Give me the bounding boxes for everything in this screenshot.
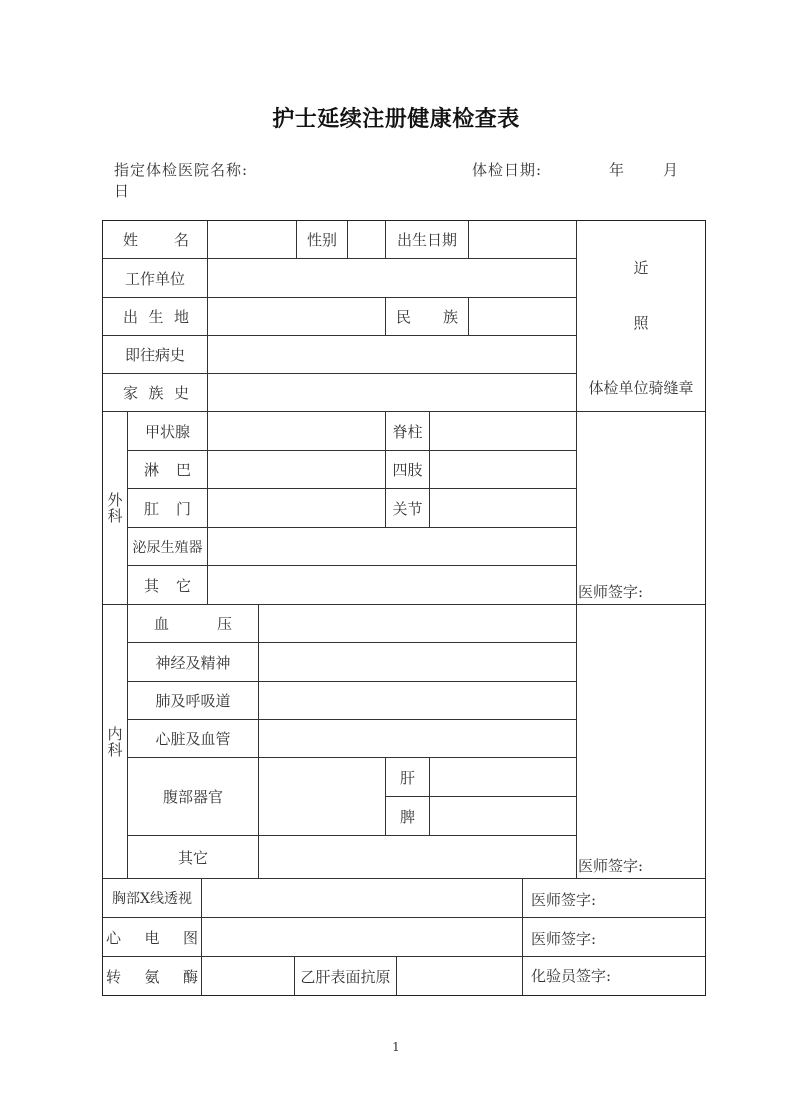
year-label: 年 [609, 159, 625, 180]
internal-other-label: 其它 [127, 835, 259, 879]
ecg-char: 心 [106, 927, 121, 948]
family-history-label: 家族史 [102, 373, 208, 412]
xray-field[interactable] [201, 878, 523, 918]
lab-signature-label: 化验员签字: [531, 965, 611, 986]
surgery-section-label: 外科 [102, 411, 128, 605]
surgery-char: 外 [107, 492, 122, 508]
ecg-label: 心电图 [102, 917, 202, 957]
photo-char-2: 照 [633, 312, 648, 333]
xray-label: 胸部X线透视 [102, 878, 202, 918]
surgery-char: 科 [107, 508, 122, 524]
lungs-field[interactable] [258, 681, 577, 720]
bp-char: 压 [217, 613, 232, 634]
medical-history-label: 即往病史 [102, 335, 208, 374]
page-title: 护士延续注册健康检查表 [0, 102, 792, 133]
name-label: 姓名 [102, 220, 208, 259]
family-history-char: 族 [148, 382, 163, 403]
other-char: 它 [176, 575, 191, 596]
limbs-label: 四肢 [385, 450, 430, 489]
medical-history-field[interactable] [207, 335, 577, 374]
anus-char: 肛 [144, 498, 159, 519]
hbsag-field[interactable] [396, 956, 523, 996]
lymph-label: 淋巴 [127, 450, 208, 489]
family-history-field[interactable] [207, 373, 577, 412]
ethnicity-char: 民 [396, 306, 411, 327]
heart-label: 心脏及血管 [127, 719, 259, 758]
alt-char: 酶 [183, 966, 198, 987]
internal-section-label: 内科 [102, 604, 128, 879]
birthplace-char: 生 [148, 306, 163, 327]
joints-label: 关节 [385, 488, 430, 528]
spine-field[interactable] [429, 411, 577, 451]
birthplace-field[interactable] [207, 297, 386, 336]
lab-signature-area[interactable]: 化验员签字: [522, 956, 706, 996]
liver-label: 肝 [385, 757, 430, 797]
birthplace-label: 出生地 [102, 297, 208, 336]
ecg-field[interactable] [201, 917, 523, 957]
internal-other-field[interactable] [258, 835, 577, 879]
birthdate-field[interactable] [468, 220, 577, 259]
ethnicity-label: 民族 [385, 297, 469, 336]
neuro-field[interactable] [258, 642, 577, 682]
spleen-label: 脾 [385, 796, 430, 836]
birthplace-char: 地 [174, 306, 189, 327]
blood-pressure-label: 血压 [127, 604, 259, 643]
thyroid-label: 甲状腺 [127, 411, 208, 451]
family-history-char: 家 [123, 382, 138, 403]
limbs-field[interactable] [429, 450, 577, 489]
month-label: 月 [663, 159, 679, 180]
family-history-char: 史 [174, 382, 189, 403]
lungs-label: 肺及呼吸道 [127, 681, 259, 720]
surgery-signature-label: 医师签字: [578, 581, 643, 602]
anus-field[interactable] [207, 488, 386, 528]
seal-label: 体检单位骑缝章 [588, 377, 693, 398]
liver-field[interactable] [429, 757, 577, 797]
lymph-char: 淋 [144, 459, 159, 480]
internal-signature-area[interactable]: 医师签字: [576, 604, 706, 879]
birthdate-label: 出生日期 [385, 220, 469, 259]
xray-signature-label: 医师签字: [531, 889, 596, 910]
lymph-field[interactable] [207, 450, 386, 489]
birthplace-char: 出 [123, 306, 138, 327]
page-number: 1 [0, 1040, 792, 1054]
hbsag-label: 乙肝表面抗原 [294, 956, 397, 996]
spine-label: 脊柱 [385, 411, 430, 451]
blood-pressure-field[interactable] [258, 604, 577, 643]
alt-label: 转氨酶 [102, 956, 202, 996]
alt-char: 转 [106, 966, 121, 987]
ethnicity-field[interactable] [468, 297, 577, 336]
ecg-signature-label: 医师签字: [531, 928, 596, 949]
surgery-other-field[interactable] [207, 565, 577, 605]
photo-area[interactable]: 近 照 体检单位骑缝章 [576, 220, 706, 412]
bp-char: 血 [154, 613, 169, 634]
xray-signature-area[interactable]: 医师签字: [522, 878, 706, 918]
joints-field[interactable] [429, 488, 577, 528]
internal-char: 科 [107, 742, 122, 758]
ecg-char: 图 [183, 927, 198, 948]
hospital-name-label: 指定体检医院名称: [114, 159, 248, 180]
spleen-field[interactable] [429, 796, 577, 836]
other-char: 其 [144, 575, 159, 596]
work-unit-label: 工作单位 [102, 258, 208, 298]
anus-label: 肛门 [127, 488, 208, 528]
surgery-signature-area[interactable]: 医师签字: [576, 411, 706, 605]
surgery-other-label: 其它 [127, 565, 208, 605]
name-label-char: 名 [174, 229, 189, 250]
ecg-signature-area[interactable]: 医师签字: [522, 917, 706, 957]
anus-char: 门 [176, 498, 191, 519]
urogenital-field[interactable] [207, 527, 577, 566]
neuro-label: 神经及精神 [127, 642, 259, 682]
abdomen-label: 腹部器官 [127, 757, 259, 836]
ecg-char: 电 [144, 927, 159, 948]
urogenital-label: 泌尿生殖器 [127, 527, 208, 566]
name-field[interactable] [207, 220, 297, 259]
internal-char: 内 [107, 726, 122, 742]
lymph-char: 巴 [176, 459, 191, 480]
alt-field[interactable] [201, 956, 295, 996]
day-label: 日 [114, 180, 130, 201]
photo-char-1: 近 [633, 257, 648, 278]
exam-date-label: 体检日期: [472, 159, 542, 180]
name-label-char: 姓 [123, 229, 138, 250]
work-unit-field[interactable] [207, 258, 577, 298]
gender-field[interactable] [347, 220, 386, 259]
gender-label: 性别 [296, 220, 348, 259]
alt-char: 氨 [144, 966, 159, 987]
ethnicity-char: 族 [443, 306, 458, 327]
heart-field[interactable] [258, 719, 577, 758]
thyroid-field[interactable] [207, 411, 386, 451]
abdomen-field[interactable] [258, 757, 386, 836]
internal-signature-label: 医师签字: [578, 855, 643, 876]
